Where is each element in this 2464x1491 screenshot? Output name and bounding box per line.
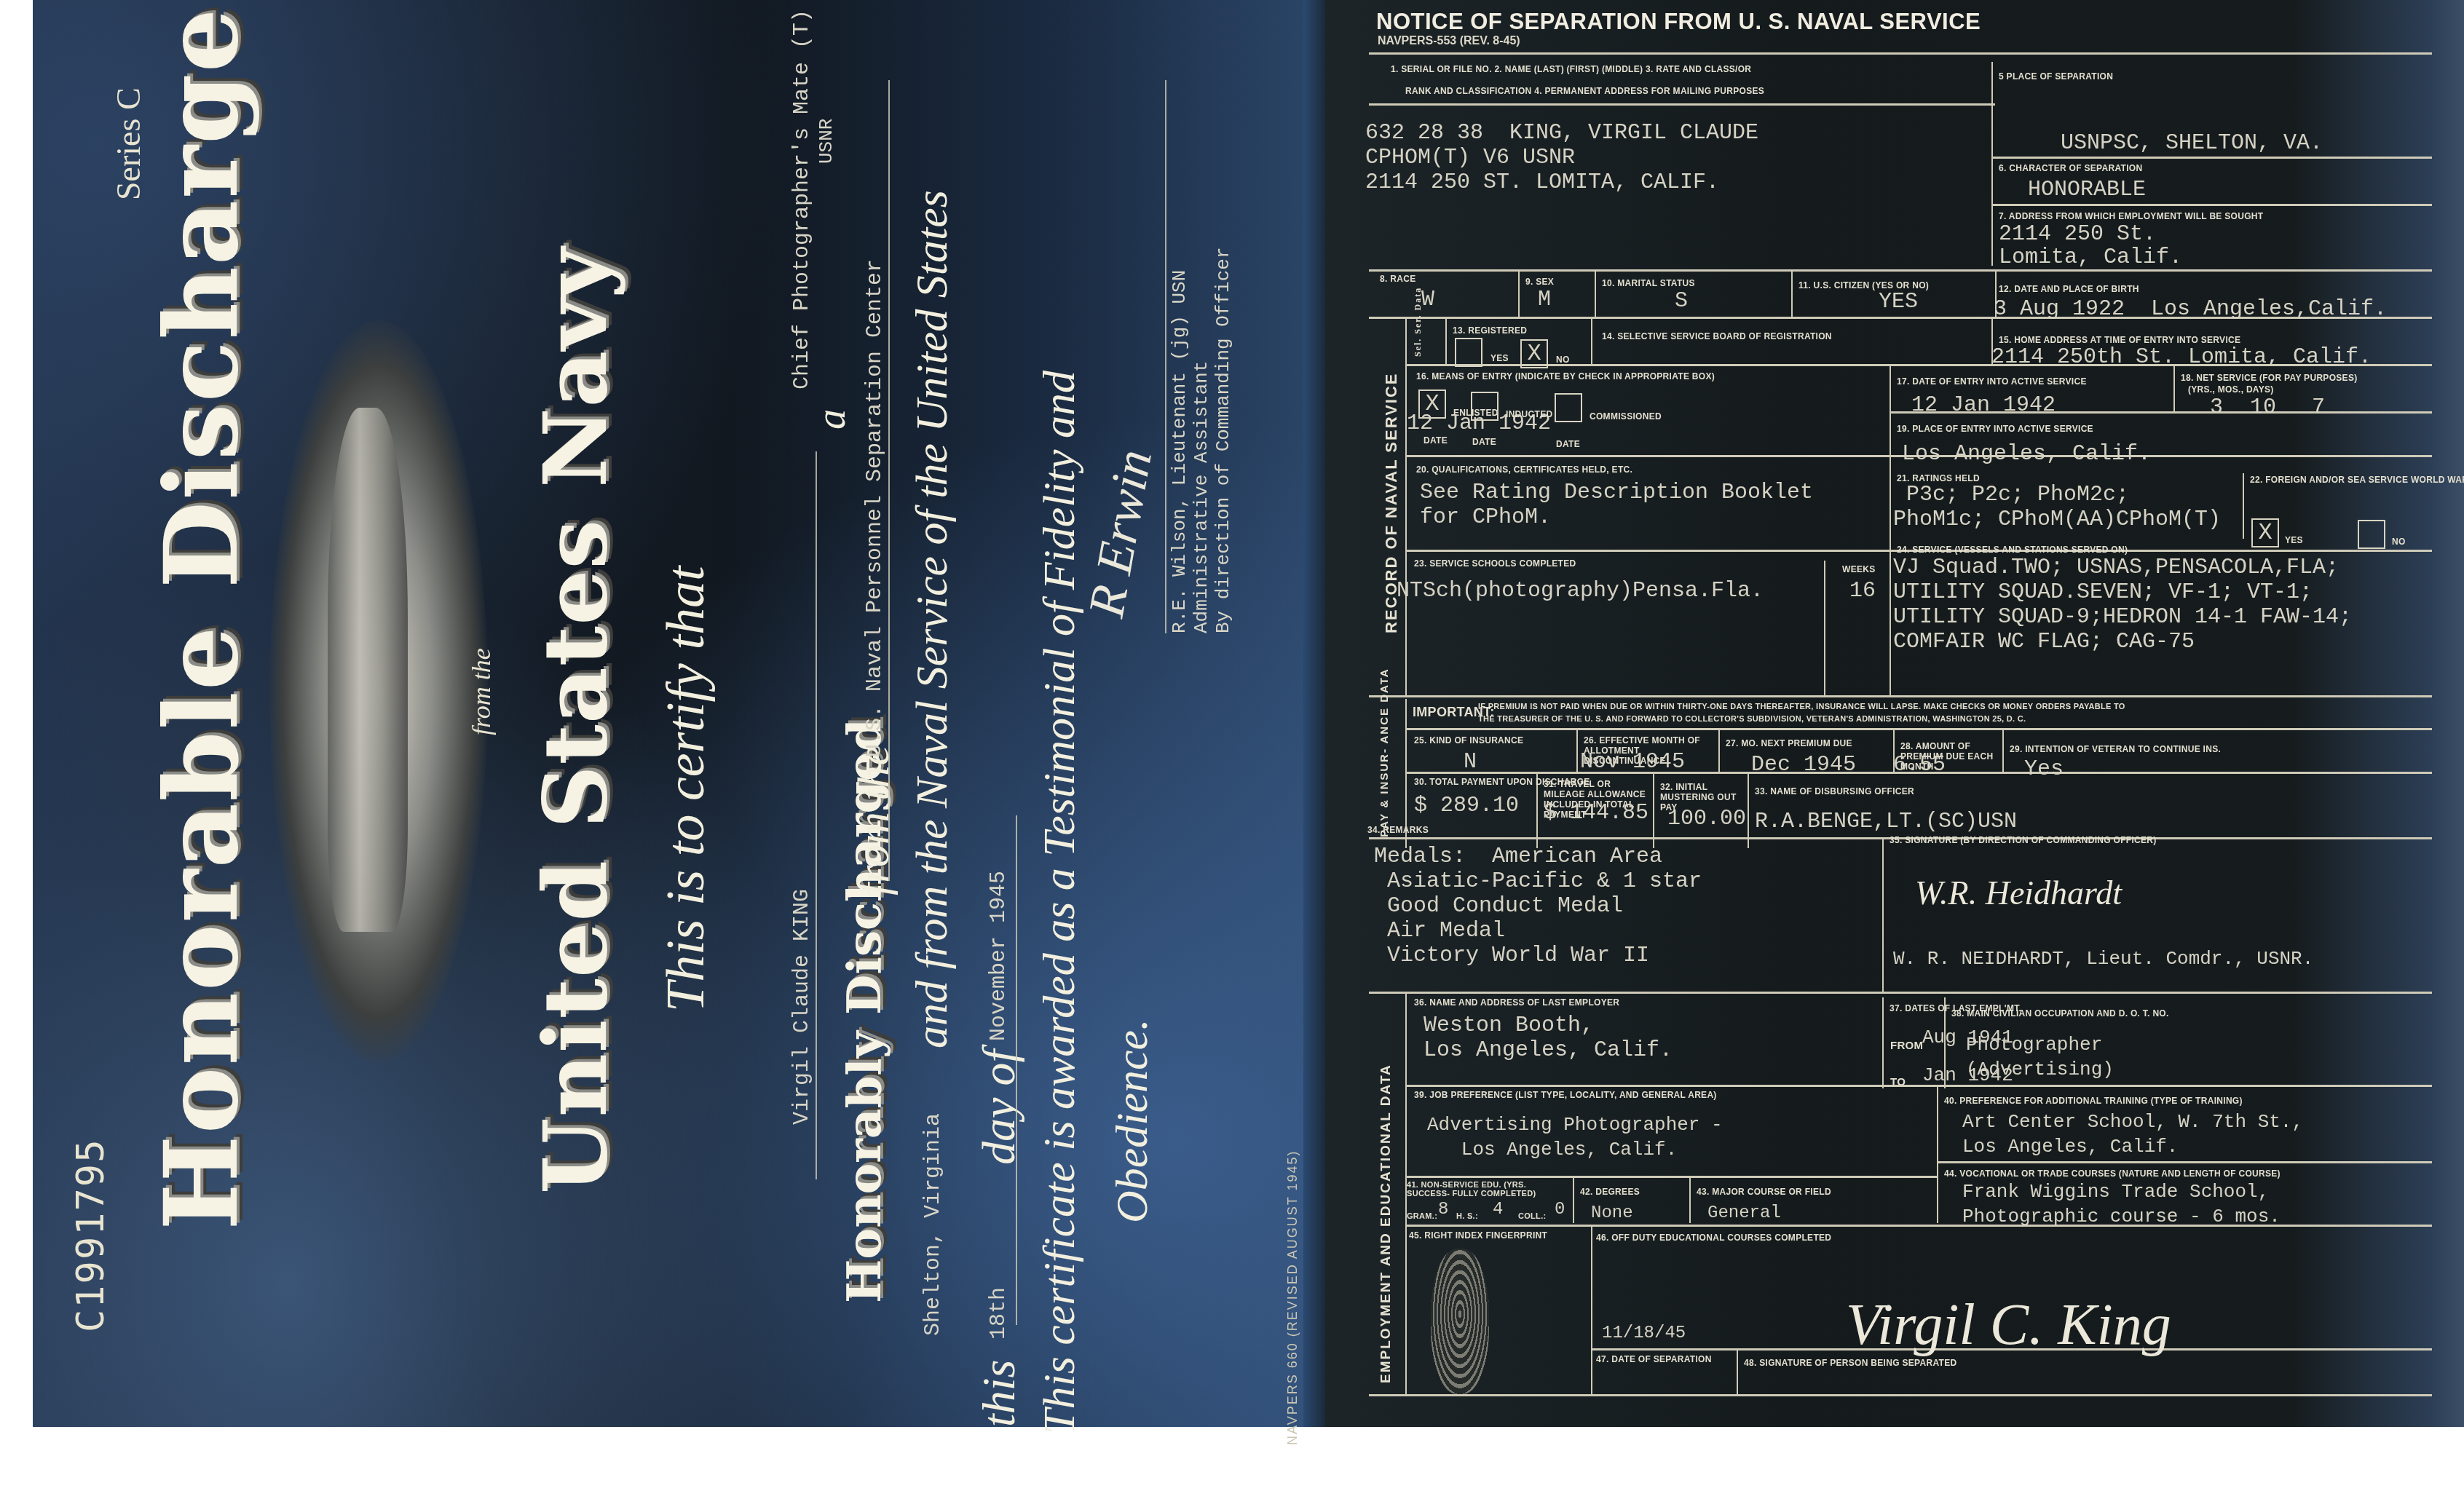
value-marital-status: S — [1675, 289, 1688, 314]
naval-service-text: and from the Naval Service of the United… — [907, 190, 958, 1048]
label-character-of-separation: 6. CHARACTER OF SEPARATION — [1999, 163, 2142, 173]
value-civilian-occupation: Photographer (Advertising) — [1966, 1032, 2114, 1082]
rule — [1445, 317, 1447, 364]
rule — [1369, 695, 2432, 697]
value-disbursing-officer: R.A.BENGE,LT.(SC)USN — [1755, 810, 2017, 834]
rule — [1405, 317, 1407, 695]
label-employment-address: 7. ADDRESS FROM WHICH EMPLOYMENT WILL BE… — [1999, 211, 2263, 221]
label-degrees: 42. DEGREES — [1580, 1187, 1640, 1197]
value-premium-amount: 6.55 — [1893, 753, 1946, 778]
label-citizen: 11. U.S. CITIZEN (YES OR NO) — [1798, 280, 1929, 290]
value-rate: CPHOM(T) V6 USNR — [1365, 146, 1575, 170]
label-service-stations: 24. SERVICE (VESSELS AND STATIONS SERVED… — [1897, 545, 2128, 555]
rule — [1882, 837, 1884, 994]
signature-line — [1165, 80, 1166, 633]
sea-service-no-checkbox[interactable] — [2358, 520, 2385, 549]
label-grammar: GRAM.: — [1407, 1212, 1437, 1221]
label-fingerprint: 45. RIGHT INDEX FINGERPRINT — [1409, 1230, 1547, 1241]
label-job-preference: 39. JOB PREFERENCE (LIST TYPE, LOCALITY,… — [1414, 1090, 1717, 1100]
separation-location: Shelton, Virginia — [921, 1113, 946, 1336]
label-race: 8. RACE — [1380, 274, 1415, 284]
notice-form-number: NAVPERS-553 (REV. 8-45) — [1378, 35, 1520, 48]
label-inducted: INDUCTED — [1506, 409, 1552, 419]
label-place-of-separation: 5 PLACE OF SEPARATION — [1999, 71, 2113, 82]
rule — [2243, 473, 2244, 539]
value-vocational-courses: Frank Wiggins Trade School, Photographic… — [1962, 1179, 2281, 1229]
label-sea-service: 22. FOREIGN AND/OR SEA SERVICE WORLD WAR… — [2250, 475, 2464, 485]
value-sex: M — [1538, 288, 1551, 312]
label-training-preference: 40. PREFERENCE FOR ADDITIONAL TRAINING (… — [1944, 1096, 2243, 1106]
value-employment-address-1: 2114 250 St. — [1999, 222, 2156, 247]
separation-center: U.S. Naval Personnel Separation Center — [863, 259, 888, 757]
value-service-stations: VJ Squad.TWO; USNAS,PENSACOLA,FLA; UTILI… — [1893, 555, 2352, 654]
label-continue-insurance: 29. INTENTION OF VETERAN TO CONTINUE INS… — [2010, 744, 2221, 754]
side-label-employment: EMPLOYMENT AND EDUCATIONAL DATA — [1378, 1064, 1394, 1383]
notice-title: NOTICE OF SEPARATION FROM U. S. NAVAL SE… — [1376, 9, 1981, 35]
value-allotment-discontinuance: Nov 1945 — [1580, 750, 1685, 775]
label-net-service: 18. NET SERVICE (FOR PAY PURPOSES) — [2181, 373, 2358, 383]
recipient-name: Virgil Claude KING — [790, 889, 815, 1125]
value-permanent-address: 2114 250 ST. LOMITA, CALIF. — [1365, 170, 1719, 195]
rule — [1518, 269, 1520, 317]
value-travel-allowance: $ 144.85 — [1544, 801, 1648, 826]
rate-prefix: a — [808, 409, 855, 430]
value-kind-of-insurance: N — [1464, 750, 1477, 775]
value-remarks: Medals: American Area Asiatic-Pacific & … — [1374, 845, 1702, 968]
value-net-years: 3 — [2210, 395, 2223, 420]
center-underline — [888, 80, 890, 881]
day-of-text: day of — [972, 1050, 1026, 1165]
value-place-of-entry: Los Angeles, Calif. — [1902, 442, 2151, 467]
value-service-school: NTSch(photography)Pensa.Fla. — [1397, 579, 1764, 604]
label-non-service-education: 41. NON-SERVICE EDU. (YRS. SUCCESS- FULL… — [1407, 1181, 1567, 1198]
rule — [1591, 317, 1592, 364]
this-text: this — [972, 1360, 1026, 1427]
label-co-signature: 35. SIGNATURE (BY DIRECTION OF COMMANDIN… — [1890, 835, 2157, 845]
registered-yes-checkbox[interactable] — [1455, 338, 1482, 367]
rule — [1369, 992, 2432, 994]
rule — [1791, 269, 1793, 317]
rule — [1991, 62, 1993, 266]
label-separation-date: 47. DATE OF SEPARATION — [1596, 1354, 1712, 1364]
side-label-pay-insurance: PAY & INSUR- ANCE DATA — [1378, 668, 1391, 837]
label-college: COLL.: — [1518, 1212, 1546, 1221]
label-commissioned-date: DATE — [1556, 439, 1580, 449]
label-to: TO — [1890, 1076, 1906, 1088]
label-sex: 9. SEX — [1525, 277, 1554, 287]
value-last-employer: Weston Booth, Los Angeles, Calif. — [1423, 1013, 1673, 1063]
label-sea-service-yes: YES — [2285, 535, 2303, 545]
rule — [1890, 364, 1891, 695]
value-continue-insurance: Yes — [2024, 757, 2064, 782]
rate-text: Chief Photographer's Mate (T) V6 — [790, 0, 815, 389]
value-separation-date: 11/18/45 — [1602, 1321, 1686, 1346]
important-text-line1: IF PREMIUM IS NOT PAID WHEN DUE OR WITHI… — [1478, 703, 2125, 711]
value-mustering-out-pay: 100.00 — [1667, 807, 1746, 831]
label-commissioned: COMMISSIONED — [1590, 411, 1662, 422]
person-signature: Virgil C. King — [1846, 1292, 2171, 1358]
rule — [1369, 1394, 2432, 1396]
value-place-of-separation: USNPSC, SHELTON, VA. — [2061, 131, 2323, 156]
label-registered: 13. REGISTERED — [1453, 325, 1527, 336]
rule — [1369, 269, 2432, 272]
value-co-name: W. R. NEIDHARDT, Lieut. Comdr., USNR. — [1893, 946, 2313, 971]
inducted-checkbox[interactable] — [1471, 392, 1498, 421]
label-fields-1-3: 1. SERIAL OR FILE NO. 2. NAME (LAST) (FI… — [1391, 64, 1751, 74]
label-home-address: 15. HOME ADDRESS AT TIME OF ENTRY INTO S… — [1999, 335, 2240, 345]
label-high-school: H. S.: — [1456, 1212, 1478, 1221]
value-net-months: 10 — [2250, 395, 2276, 420]
value-birth: 3 Aug 1922 Los Angeles,Calif. — [1994, 297, 2387, 322]
value-home-address: 2114 250th St. Lomita, Calif. — [1991, 345, 2372, 370]
label-weeks: WEEKS — [1842, 564, 1876, 574]
value-degrees: None — [1591, 1201, 1633, 1226]
label-civilian-occupation: 38. MAIN CIVILIAN OCCUPATION AND D. O. T… — [1951, 1008, 2169, 1019]
label-registered-yes: YES — [1490, 353, 1509, 363]
co-signature: W.R. Heidhardt — [1915, 874, 2122, 912]
value-training-preference: Art Center School, W. 7th St., Los Angel… — [1962, 1110, 2303, 1159]
label-qualifications: 20. QUALIFICATIONS, CERTIFICATES HELD, E… — [1416, 464, 1632, 475]
label-registered-no: NO — [1556, 355, 1570, 365]
label-next-premium-due: 27. MO. NEXT PREMIUM DUE — [1726, 738, 1871, 748]
label-sea-service-no: NO — [2392, 537, 2406, 547]
rule — [2002, 728, 2004, 772]
rule — [1737, 1348, 1738, 1396]
value-major-course: General — [1707, 1201, 1781, 1226]
discharge-day: 18th — [987, 1287, 1011, 1340]
value-net-days: 7 — [2312, 395, 2325, 420]
value-school-weeks: 16 — [1849, 579, 1876, 604]
certificate-title-honorable-discharge: Honorable Discharge — [142, 7, 261, 1230]
value-race: W — [1421, 288, 1434, 312]
page-fold — [1303, 0, 1325, 1427]
registered-no-checkbox[interactable]: X — [1520, 339, 1548, 368]
label-place-of-entry: 19. PLACE OF ENTRY INTO ACTIVE SERVICE — [1897, 424, 2093, 434]
important-text-line2: THE TREASURER OF THE U. S. AND FORWARD T… — [1478, 715, 2026, 724]
value-active-entry-date: 12 Jan 1942 — [1911, 393, 2056, 418]
label-enlisted-date: DATE — [1423, 435, 1448, 446]
value-ratings-held: P3c; P2c; PhoM2c; PhoM1c; CPhoM(AA)CPhoM… — [1893, 483, 2221, 532]
rule — [1882, 997, 1884, 1088]
value-character-of-separation: HONORABLE — [2028, 178, 2146, 202]
commissioned-checkbox[interactable] — [1555, 393, 1582, 422]
value-grammar-years: 8 — [1438, 1198, 1448, 1222]
label-remarks: 34. REMARKS — [1367, 825, 1429, 835]
obedience-text: Obedience. — [1107, 1019, 1158, 1223]
value-next-premium-due: Dec 1945 — [1751, 753, 1856, 778]
rule — [1937, 1161, 2432, 1163]
rule — [1937, 1085, 1938, 1223]
sea-service-yes-checkbox[interactable]: X — [2251, 518, 2279, 547]
label-disbursing-officer: 33. NAME OF DISBURSING OFFICER — [1755, 786, 1914, 796]
label-net-service-units: (YRS., MOS., DAYS) — [2188, 384, 2274, 395]
rule — [1991, 157, 2432, 159]
label-vocational-courses: 44. VOCATIONAL OR TRADE COURSES (NATURE … — [1944, 1168, 2281, 1179]
label-marital-status: 10. MARITAL STATUS — [1602, 278, 1695, 288]
rule — [1573, 1176, 1574, 1223]
label-last-employer: 36. NAME AND ADDRESS OF LAST EMPLOYER — [1414, 997, 1619, 1008]
label-fields-3-4: RANK AND CLASSIFICATION 4. PERMANENT ADD… — [1405, 86, 1764, 96]
label-service-schools: 23. SERVICE SCHOOLS COMPLETED — [1414, 558, 1576, 569]
value-college-years: 0 — [1555, 1198, 1565, 1222]
battleship-image — [328, 408, 408, 932]
value-job-preference: Advertising Photographer - Los Angeles, … — [1427, 1112, 1723, 1162]
label-kind-of-insurance: 25. KIND OF INSURANCE — [1414, 735, 1523, 745]
rule — [2173, 364, 2175, 411]
from-the-text: from the — [848, 745, 900, 895]
label-birth: 12. DATE AND PLACE OF BIRTH — [1999, 284, 2139, 294]
value-total-payment: $ 289.10 — [1414, 794, 1519, 818]
label-inducted-date: DATE — [1472, 437, 1496, 447]
recipient-underline — [816, 451, 817, 1179]
rule — [1369, 103, 1995, 106]
rate-service: USNR — [816, 119, 837, 164]
rule — [1405, 728, 2432, 730]
signer-title: Administrative Assistant — [1190, 361, 1212, 633]
label-major-course: 43. MAJOR COURSE OR FIELD — [1697, 1187, 1831, 1197]
label-off-duty-courses: 46. OFF DUTY EDUCATIONAL COURSES COMPLET… — [1596, 1233, 1831, 1243]
certificate-form-number: NAVPERS 660 (REVISED AUGUST 1945) — [1285, 1150, 1300, 1445]
rule — [1591, 1225, 1592, 1396]
rule — [1824, 561, 1825, 695]
rule — [1991, 204, 2432, 206]
date-underline — [1016, 815, 1017, 1325]
rule — [1718, 728, 1720, 772]
rule — [1576, 728, 1578, 772]
certificate-title-united-states-navy: United States Navy — [524, 247, 627, 1194]
certify-text: This is to certify that — [655, 566, 717, 1012]
rule — [1689, 1176, 1691, 1223]
signer-direction: By direction of Commanding Officer — [1212, 248, 1234, 634]
rule — [1369, 52, 2432, 55]
certificate-serial-number: C1991795 — [69, 1139, 113, 1332]
right-index-fingerprint — [1431, 1249, 1489, 1394]
value-employment-address-2: Lomita, Calif. — [1999, 245, 2182, 270]
testimonial-text: This certificate is awarded as a Testimo… — [1034, 371, 1086, 1434]
label-from: FROM — [1890, 1040, 1923, 1052]
value-citizen: YES — [1879, 290, 1918, 315]
signer-name: R.E. Wilson, Lieutenant (jg) USN — [1169, 270, 1190, 633]
label-means-of-entry: 16. MEANS OF ENTRY (INDICATE BY CHECK IN… — [1416, 371, 1715, 381]
label-person-signature: 48. SIGNATURE OF PERSON BEING SEPARATED — [1744, 1358, 1956, 1368]
value-high-school-years: 4 — [1493, 1198, 1503, 1222]
value-serial-name: 632 28 38 KING, VIRGIL CLAUDE — [1365, 121, 1758, 146]
rule — [1405, 1085, 2432, 1087]
label-ratings-held: 21. RATINGS HELD — [1897, 473, 1980, 483]
label-selective-service-board: 14. SELECTIVE SERVICE BOARD OF REGISTRAT… — [1602, 331, 1832, 341]
discharge-month-year: November 1945 — [987, 871, 1011, 1041]
rule — [1595, 269, 1596, 317]
value-qualifications: See Rating Description Booklet for CPhoM… — [1420, 480, 1813, 530]
certificate-from-the: from the — [466, 648, 497, 735]
rule — [1405, 1176, 1937, 1178]
label-active-entry-date: 17. DATE OF ENTRY INTO ACTIVE SERVICE — [1897, 376, 2087, 387]
